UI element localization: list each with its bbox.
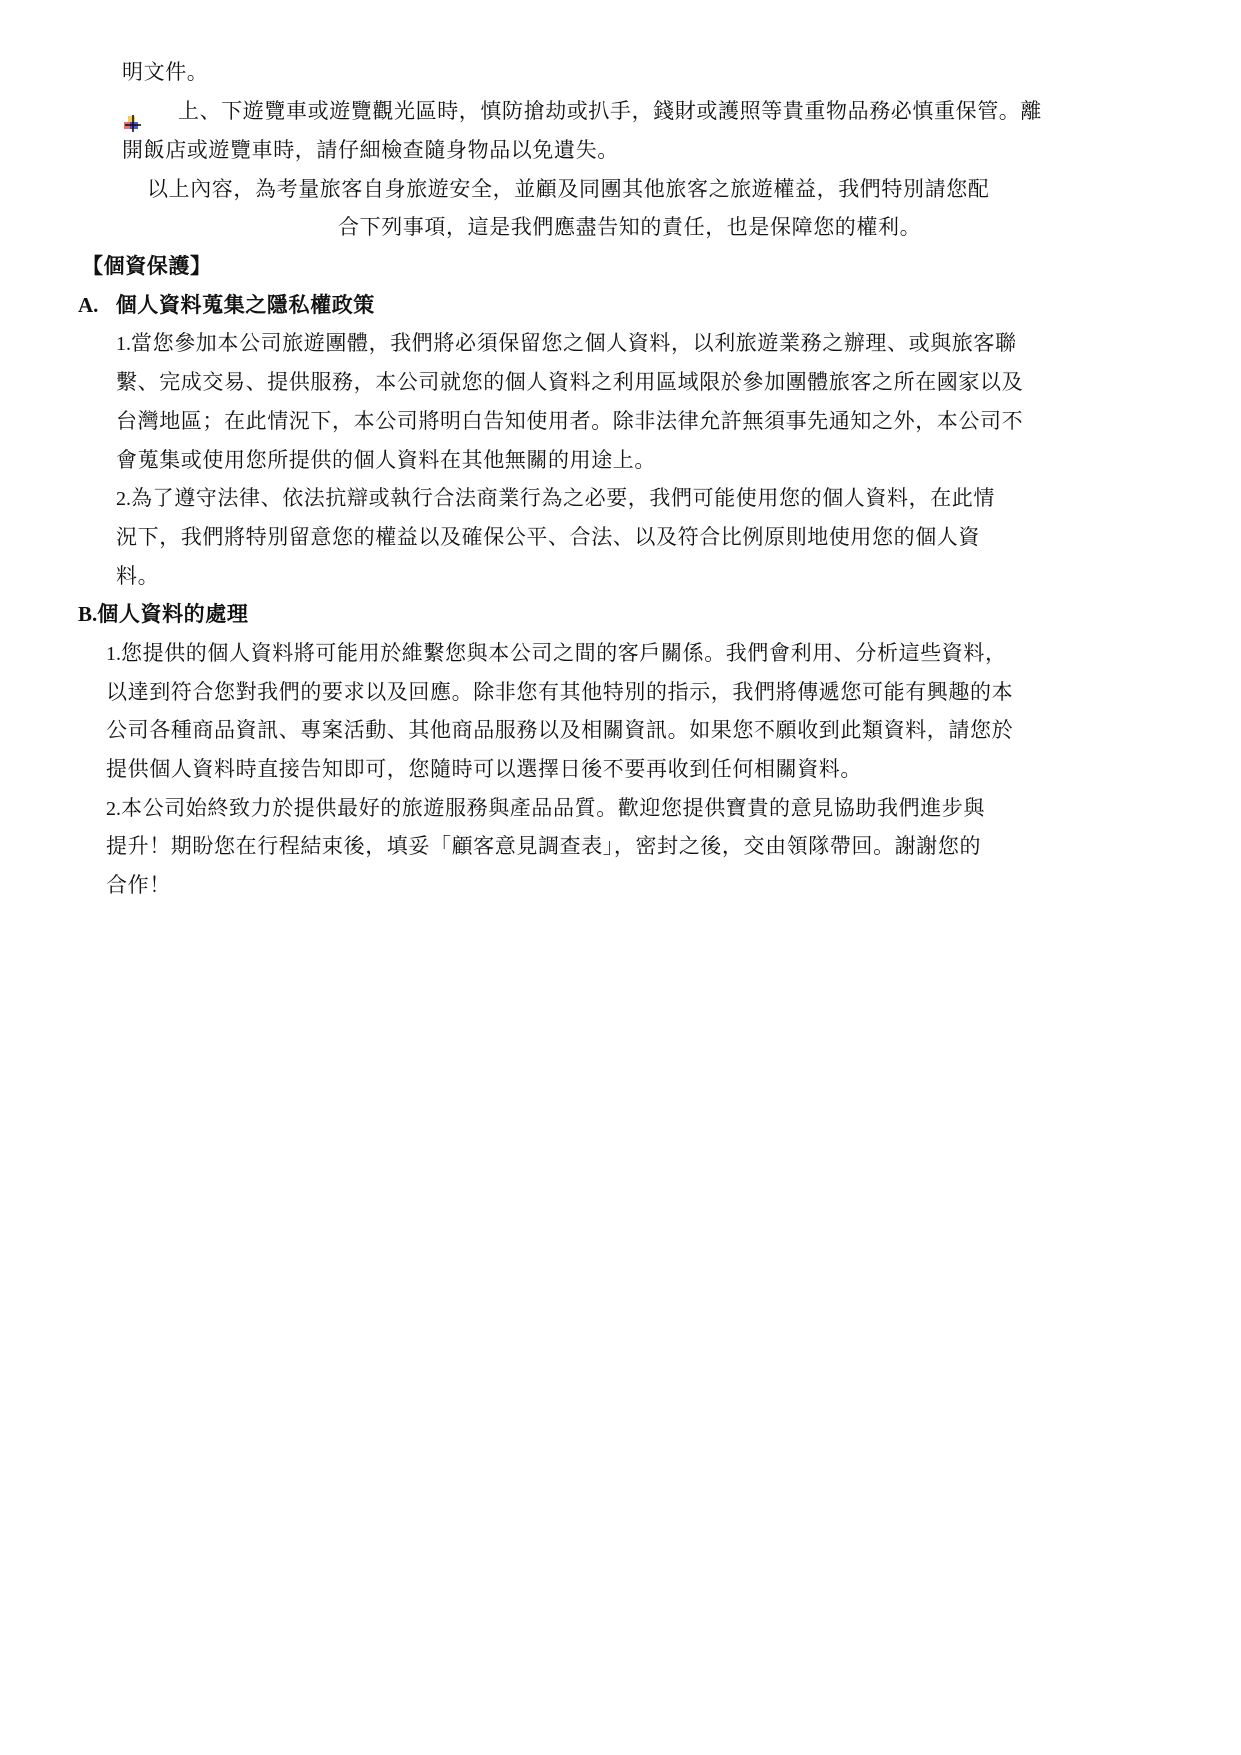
section-b-item-2-line-1: 2.本公司始終致力於提供最好的旅遊服務與產品品質。歡迎您提供寶貴的意見協助我們進… [106, 794, 985, 823]
item-number: 1. [106, 643, 121, 665]
section-a-item-1-line-1: 1.當您參加本公司旅遊團體，我們將必須保留您之個人資料，以利旅遊業務之辦理、或與… [116, 329, 1017, 358]
section-b-item-2-line-3: 合作！ [106, 871, 171, 899]
section-a-item-1-line-3: 台灣地區；在此情況下，本公司將明白告知使用者。除非法律允許無須事先通知之外，本公… [116, 407, 1023, 435]
item-text: 本公司始終致力於提供最好的旅遊服務與產品品質。歡迎您提供寶貴的意見協助我們進步與 [121, 796, 985, 820]
four-color-bullet-icon [122, 113, 142, 133]
item-text: 為了遵守法律、依法抗辯或執行合法商業行為之必要，我們可能使用您的個人資料，在此情 [131, 486, 995, 510]
intro-continuation: 明文件。 [122, 58, 208, 86]
section-a-item-2-line-1: 2.為了遵守法律、依法抗辯或執行合法商業行為之必要，我們可能使用您的個人資料，在… [116, 484, 995, 513]
item-number: 2. [106, 798, 121, 820]
section-a-item-1-line-2: 繫、完成交易、提供服務，本公司就您的個人資料之利用區域限於參加團體旅客之所在國家… [116, 368, 1023, 396]
item-number: 2. [116, 488, 131, 510]
section-b-item-1-line-1: 1.您提供的個人資料將可能用於維繫您與本公司之間的客戶關係。我們會利用、分析這些… [106, 639, 1007, 668]
section-a-title: 個人資料蒐集之隱私權政策 [116, 293, 375, 317]
section-b-item-1-line-4: 提供個人資料時直接告知即可，您隨時可以選擇日後不要再收到任何相關資料。 [106, 755, 862, 783]
section-b-item-2-line-2: 提升！期盼您在行程結束後，填妥「顧客意見調查表」，密封之後，交由領隊帶回。謝謝您… [106, 832, 981, 860]
section-b-item-1-line-3: 公司各種商品資訊、專案活動、其他商品服務以及相關資訊。如果您不願收到此類資料，請… [106, 716, 1013, 744]
section-b-title: 個人資料的處理 [97, 602, 248, 626]
section-a-item-2-line-3: 料。 [116, 562, 159, 590]
bullet-line-2: 開飯店或遊覽車時，請仔細檢查隨身物品以免遺失。 [122, 136, 619, 164]
section-b-letter: B. [78, 602, 97, 626]
closing-line-2: 合下列事項，這是我們應盡告知的責任，也是保障您的權利。 [338, 213, 921, 241]
bullet-line-1: 上、下遊覽車或遊覽觀光區時，慎防搶劫或扒手，錢財或護照等貴重物品務必慎重保管。離 [178, 97, 1042, 125]
item-text: 當您參加本公司旅遊團體，我們將必須保留您之個人資料，以利旅遊業務之辦理、或與旅客… [131, 331, 1017, 355]
item-text: 您提供的個人資料將可能用於維繫您與本公司之間的客戶關係。我們會利用、分析這些資料… [121, 641, 1007, 665]
section-b-item-1-line-2: 以達到符合您對我們的要求以及回應。除非您有其他特別的指示，我們將傳遞您可能有興趣… [106, 678, 1013, 706]
privacy-heading: 【個資保護】 [82, 252, 212, 280]
closing-line-1: 以上內容，為考量旅客自身旅遊安全，並顧及同團其他旅客之旅遊權益，我們特別請您配 [147, 175, 989, 203]
section-a-heading: A. 個人資料蒐集之隱私權政策 [78, 291, 375, 319]
item-number: 1. [116, 333, 131, 355]
section-a-item-2-line-2: 況下，我們將特別留意您的權益以及確保公平、合法、以及符合比例原則地使用您的個人資 [116, 523, 980, 551]
section-a-item-1-line-4: 會蒐集或使用您所提供的個人資料在其他無關的用途上。 [116, 446, 656, 474]
section-b-heading: B.個人資料的處理 [78, 600, 248, 628]
section-a-letter: A. [78, 293, 98, 317]
